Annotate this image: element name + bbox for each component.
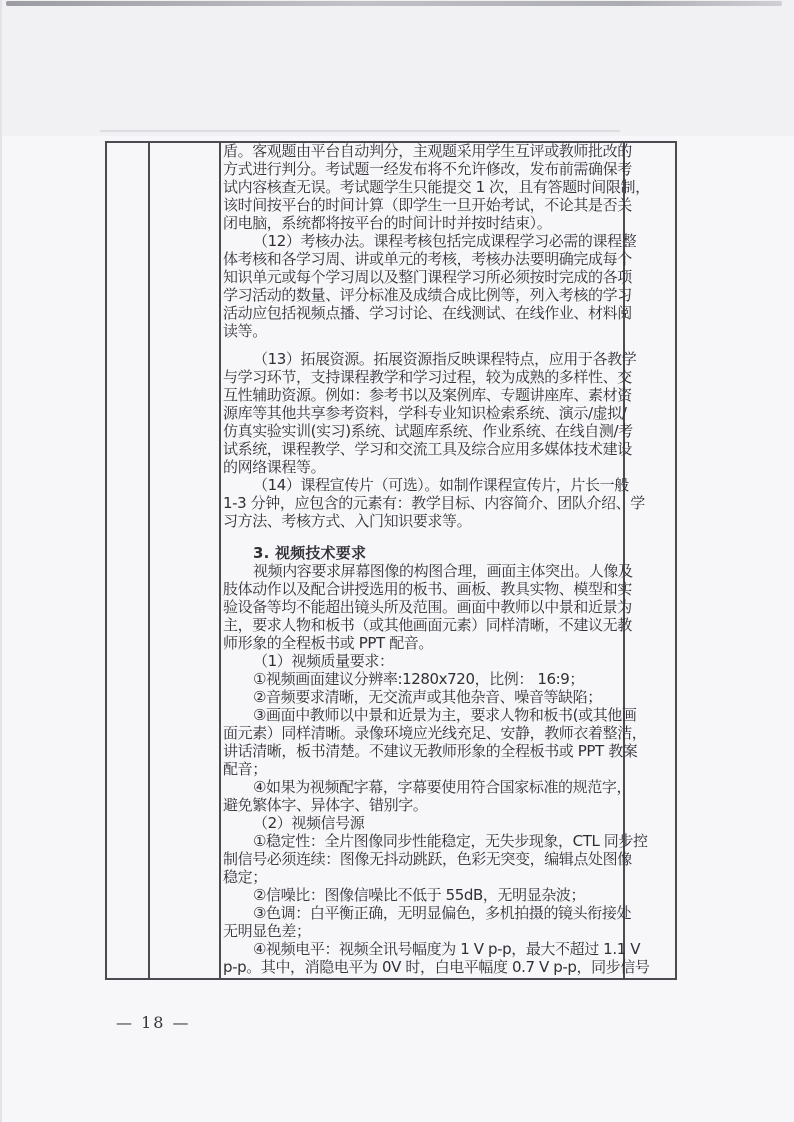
table-cell-empty-left-2 [150, 143, 219, 978]
text-line: 师形象的全程板书或 PPT 配音。 [223, 634, 621, 652]
text-line: （13）拓展资源。拓展资源指反映课程特点，应用于各教学 [223, 350, 621, 368]
text-line: 3. 视频技术要求 [223, 544, 621, 562]
text-line: 避免繁体字、异体字、错别字。 [223, 796, 621, 814]
text-line: 无明显色差； [223, 922, 621, 940]
text-line: 制信号必须连续：图像无抖动跳跃，色彩无突变，编辑点处图像 [223, 850, 621, 868]
text-line: 讲话清晰，板书清楚。不建议无教师形象的全程板书或 PPT 教案 [223, 742, 621, 760]
text-line: 体考核和各学习周、讲或单元的考核，考核办法要明确完成每个 [223, 250, 621, 268]
scan-left-edge-artifact [0, 0, 2, 1122]
text-line: 习方法、考核方式、入门知识要求等。 [223, 512, 621, 530]
scan-line-artifact [100, 130, 620, 132]
text-line: ③画面中教师以中景和近景为主，要求人物和板书(或其他画 [223, 706, 621, 724]
text-line: ①视频画面建议分辨率:1280x720，比例： 16:9； [223, 670, 621, 688]
text-line: 试内容核查无误。考试题学生只能提交 1 次，且有答题时间限制， [223, 178, 621, 196]
text-line: 与学习环节，支持课程教学和学习过程，较为成熟的多样性、交 [223, 368, 621, 386]
text-line: 配音； [223, 760, 621, 778]
text-line: ①稳定性：全片图像同步性能稳定，无失步现象，CTL 同步控 [223, 832, 621, 850]
text-line: （12）考核办法。课程考核包括完成课程学习必需的课程整 [223, 232, 621, 250]
text-line: 读等。 [223, 322, 621, 340]
text-line: 主，要求人物和板书（或其他画面元素）同样清晰，不建议无教 [223, 616, 621, 634]
text-line: ④视频电平：视频全讯号幅度为 1 V p-p，最大不超过 1.1 V [223, 940, 621, 958]
text-line: （14）课程宣传片（可选）。如制作课程宣传片，片长一般 [223, 476, 621, 494]
text-line: 肢体动作以及配合讲授选用的板书、画板、教具实物、模型和实 [223, 580, 621, 598]
text-line: 活动应包括视频点播、学习讨论、在线测试、在线作业、材料阅 [223, 304, 621, 322]
text-line: 试系统，课程教学、学习和交流工具及综合应用多媒体技术建设 [223, 440, 621, 458]
text-line: 验设备等均不能超出镜头所及范围。画面中教师以中景和近景为 [223, 598, 621, 616]
text-line: 视频内容要求屏幕图像的构图合理，画面主体突出。人像及 [223, 562, 621, 580]
text-line: 知识单元或每个学习周以及整门课程学习所必须按时完成的各项 [223, 268, 621, 286]
text-line: 盾。客观题由平台自动判分，主观题采用学生互评或教师批改的 [223, 142, 621, 160]
text-line: 的网络课程等。 [223, 458, 621, 476]
table-column-divider-2 [219, 143, 221, 978]
text-line: 该时间按平台的时间计算（即学生一旦开始考试，不论其是否关 [223, 196, 621, 214]
scan-edge-artifact [6, 1, 782, 6]
text-line: 闭电脑，系统都将按平台的时间计时并按时结束）。 [223, 214, 621, 232]
text-line: 互性辅助资源。例如：参考书以及案例库、专题讲座库、素材资 [223, 386, 621, 404]
text-line: （1）视频质量要求： [223, 652, 621, 670]
text-line: 方式进行判分。考试题一经发布将不允许修改，发布前需确保考 [223, 160, 621, 178]
text-line: p-p。其中，消隐电平为 0V 时，白电平幅度 0.7 V p-p，同步信号 [223, 958, 621, 976]
text-line: ②信噪比：图像信噪比不低于 55dB，无明显杂波； [223, 886, 621, 904]
text-line: （2）视频信号源 [223, 814, 621, 832]
table-cell-main-text: 盾。客观题由平台自动判分，主观题采用学生互评或教师批改的方式进行判分。考试题一经… [223, 142, 621, 976]
table-cell-empty-right [625, 143, 675, 978]
text-line: ②音频要求清晰，无交流声或其他杂音、噪音等缺陷； [223, 688, 621, 706]
text-line: 面元素）同样清晰。录像环境应光线充足、安静，教师衣着整洁， [223, 724, 621, 742]
text-line: ④如果为视频配字幕，字幕要使用符合国家标准的规范字， [223, 778, 621, 796]
text-line: 稳定； [223, 868, 621, 886]
text-line: ③色调：白平衡正确，无明显偏色，多机拍摄的镜头衔接处 [223, 904, 621, 922]
text-line: 源库等其他共享参考资料，学科专业知识检索系统、演示/虚拟/ [223, 404, 621, 422]
table-cell-empty-left-1 [107, 143, 148, 978]
text-line: 仿真实验实训(实习)系统、试题库系统、作业系统、在线自测/考 [223, 422, 621, 440]
text-line: 学习活动的数量、评分标准及成绩合成比例等，列入考核的学习 [223, 286, 621, 304]
text-line: 1-3 分钟，应包含的元素有：教学目标、内容简介、团队介绍、学 [223, 494, 621, 512]
page-number: — 18 — [116, 1013, 191, 1032]
